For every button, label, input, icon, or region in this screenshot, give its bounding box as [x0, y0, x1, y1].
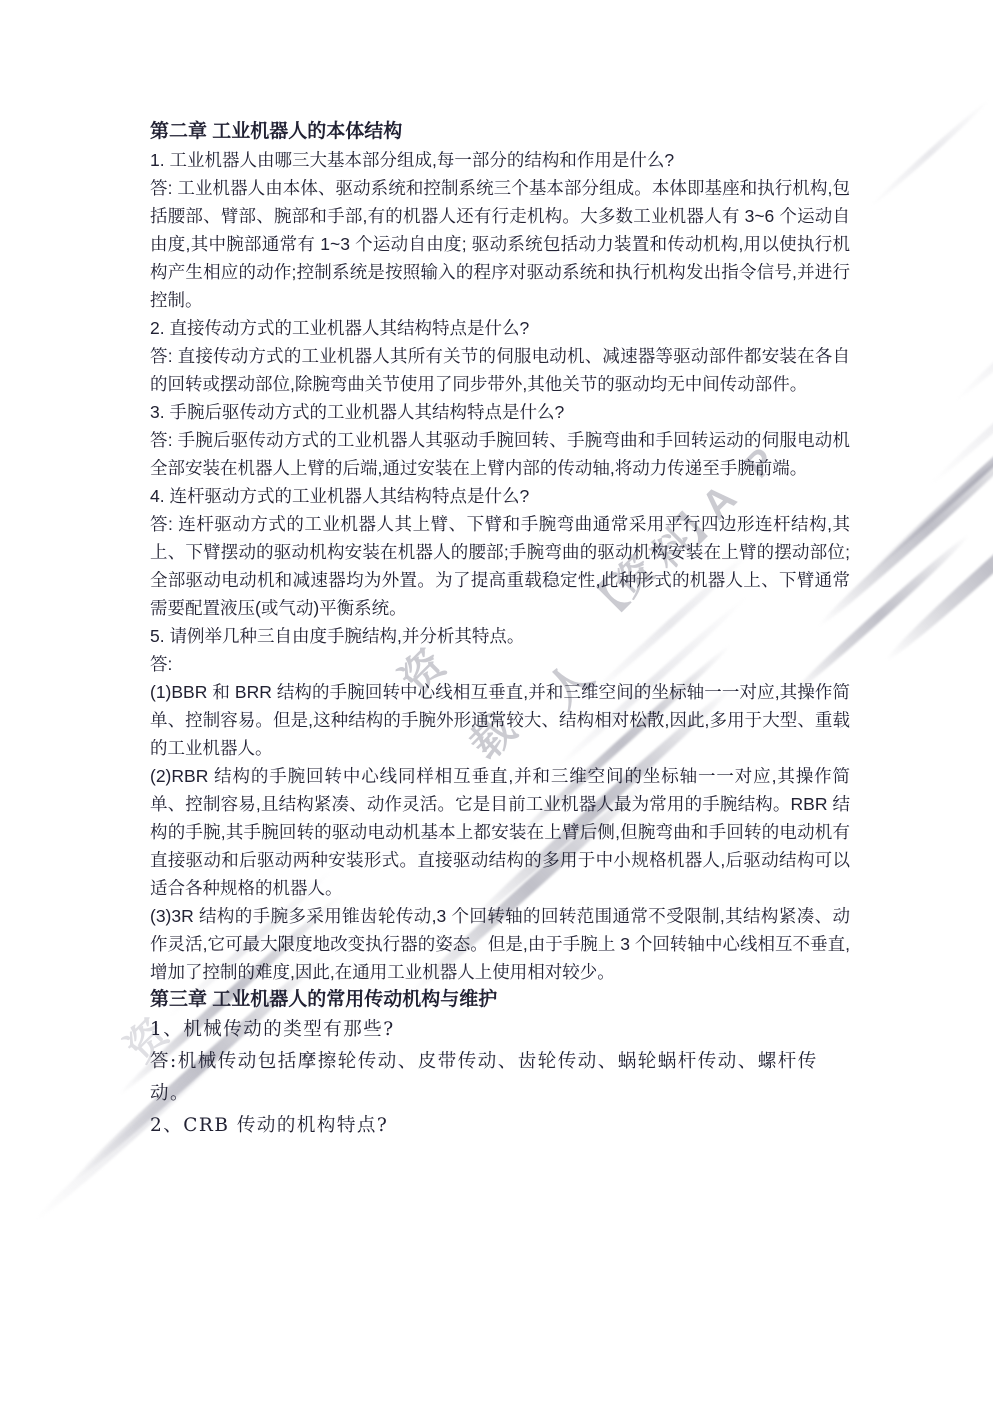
ch2-question-4: 4. 连杆驱动方式的工业机器人其结构特点是什么? [150, 482, 850, 510]
ch2-answer-5-item-1: (1)BBR 和 BRR 结构的手腕回转中心线相互垂直,并和三维空间的坐标轴一一… [150, 678, 850, 762]
watermark-streak [869, 97, 992, 209]
ch2-question-1: 1. 工业机器人由哪三大基本部分组成,每一部分的结构和作用是什么? [150, 146, 850, 174]
ch2-question-2: 2. 直接传动方式的工业机器人其结构特点是什么? [150, 314, 850, 342]
ch2-answer-2: 答: 直接传动方式的工业机器人其所有关节的伺服电动机、减速器等驱动部件都安装在各… [150, 342, 850, 398]
ch2-question-5: 5. 请例举几种三自由度手腕结构,并分析其特点。 [150, 622, 850, 650]
ch3-question-2: 2、CRB 传动的机构特点? [150, 1110, 850, 1142]
ch3-answer-1: 答:机械传动包括摩擦轮传动、皮带传动、齿轮传动、蜗轮蜗杆传动、螺杆传动。 [150, 1046, 850, 1110]
ch3-question-1: 1、机械传动的类型有那些? [150, 1014, 850, 1046]
ch2-answer-1: 答: 工业机器人由本体、驱动系统和控制系统三个基本部分组成。本体即基座和执行机构… [150, 174, 850, 314]
chapter3-title: 第三章 工业机器人的常用传动机构与维护 [150, 986, 850, 1014]
ch2-answer-5-item-3: (3)3R 结构的手腕多采用锥齿轮传动,3 个回转轴的回转范围通常不受限制,其结… [150, 902, 850, 986]
chapter2-title: 第二章 工业机器人的本体结构 [150, 118, 850, 146]
watermark-streak [928, 321, 993, 488]
watermark-streak [881, 468, 993, 666]
ch2-answer-5-intro: 答: [150, 650, 850, 678]
document-page: 资 载 人 【资 料】 A P 资 第二章 工业机器人的本体结构 1. 工业机器… [0, 0, 993, 1404]
ch2-answer-5-item-2: (2)RBR 结构的手腕回转中心线同样相互垂直,并和三维空间的坐标轴一一对应,其… [150, 762, 850, 902]
watermark-streak [866, 371, 993, 578]
ch2-answer-3: 答: 手腕后驱传动方式的工业机器人其驱动手腕回转、手腕弯曲和手回转运动的伺服电动… [150, 426, 850, 482]
watermark-streak [953, 264, 993, 404]
ch2-question-3: 3. 手腕后驱传动方式的工业机器人其结构特点是什么? [150, 398, 850, 426]
ch2-answer-4: 答: 连杆驱动方式的工业机器人其上臂、下臂和手腕弯曲通常采用平行四边形连杆结构,… [150, 510, 850, 622]
document-content: 第二章 工业机器人的本体结构 1. 工业机器人由哪三大基本部分组成,每一部分的结… [150, 118, 850, 1142]
